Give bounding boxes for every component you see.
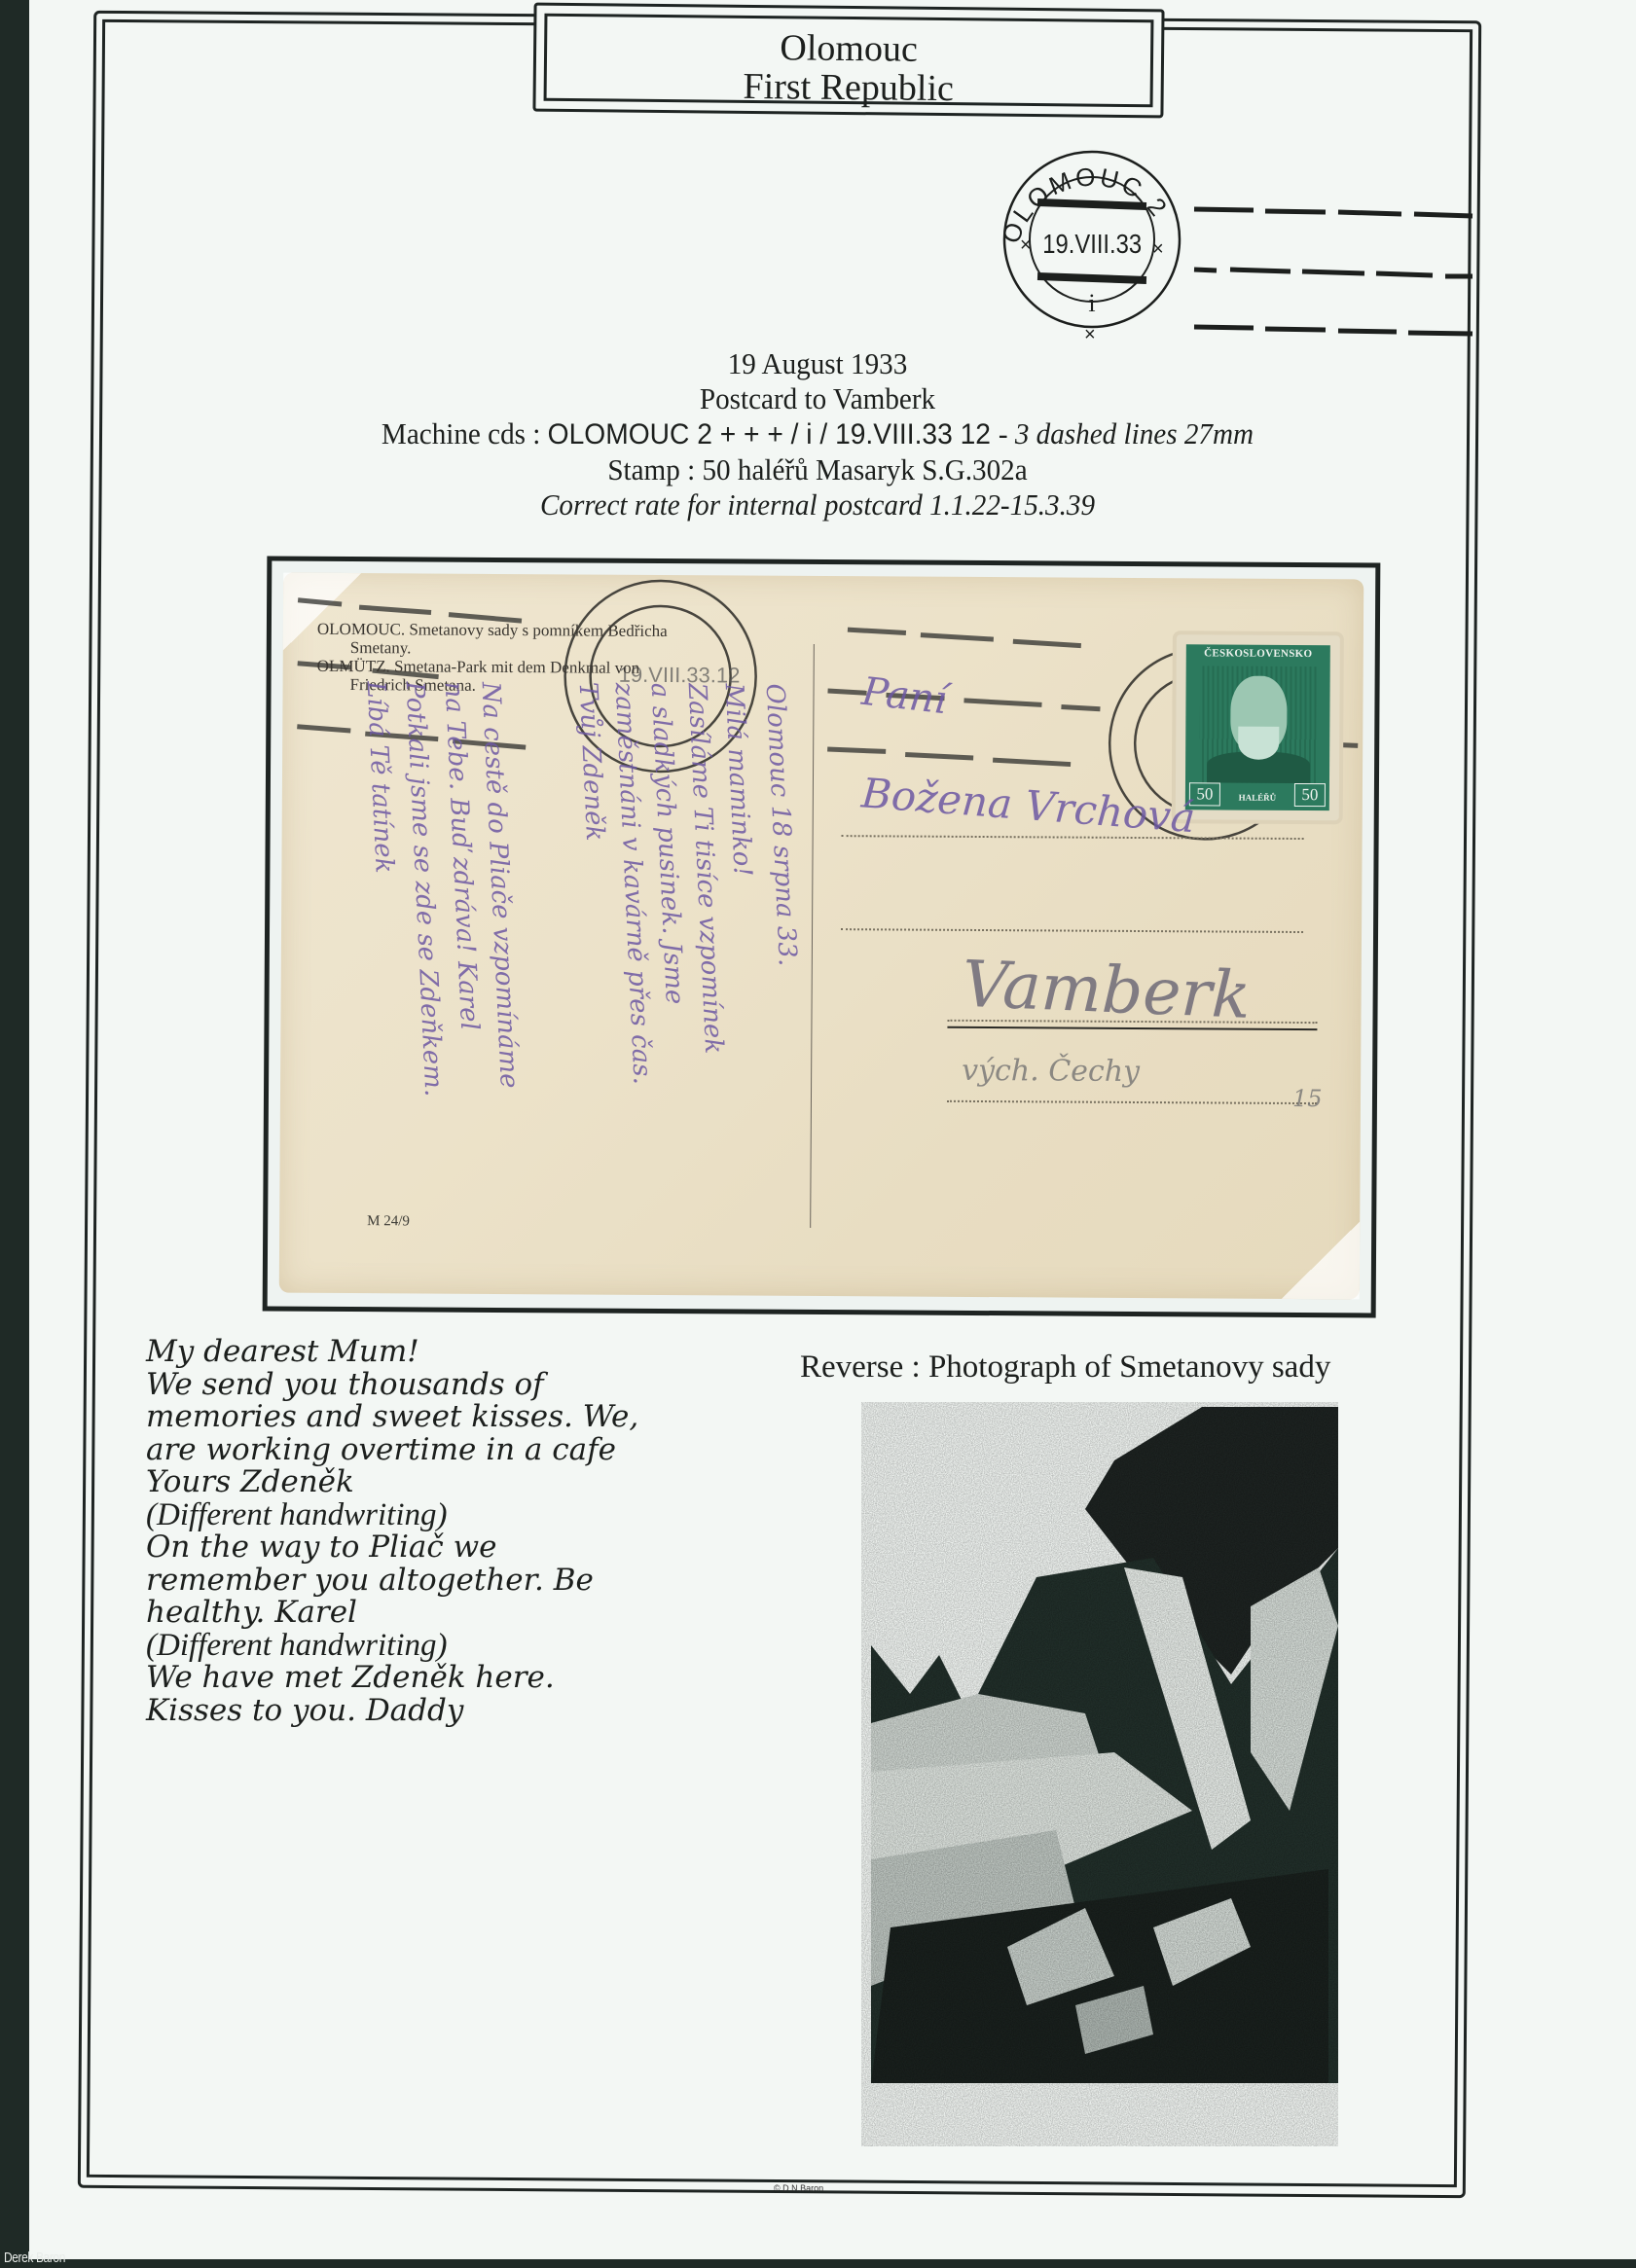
translation-note: (Different handwriting)	[146, 1499, 730, 1532]
pencil-note: 15	[1292, 1085, 1323, 1112]
postcard-mount: 19.VIII.33.12 OLOMOUC. Smetanovy sady s …	[263, 557, 1381, 1318]
masaryk-portrait-icon	[1199, 666, 1317, 783]
reverse-caption: Reverse : Photograph of Smetanovy sady	[800, 1350, 1330, 1386]
svg-text:19.VIII.33: 19.VIII.33	[1042, 228, 1142, 259]
watermark: Derek Baron	[4, 2250, 65, 2266]
postcard-address-side: 19.VIII.33.12 OLOMOUC. Smetanovy sady s …	[279, 573, 1363, 1300]
translation-line: remember you altogether. Be	[146, 1565, 730, 1598]
copyright: © D.N.Baron	[774, 2183, 823, 2193]
svg-text:×: ×	[1020, 234, 1032, 256]
translation-note: (Different handwriting)	[146, 1630, 730, 1663]
caption-german: OLMÜTZ. Smetana-Park mit dem Denkmal von	[317, 657, 640, 677]
printer-mark: M 24/9	[367, 1213, 410, 1230]
svg-text:×: ×	[1084, 324, 1096, 345]
rate-note: Correct rate for internal postcard 1.1.2…	[232, 487, 1402, 522]
title-box: Olomouc First Republic	[532, 3, 1164, 119]
stamp-currency: HALÉŘŮ	[1224, 793, 1291, 803]
postmark-illustration: OLOMOUC 2 19.VIII.33 i × × ×	[983, 146, 1586, 370]
stamp-value-right: 50	[1294, 783, 1326, 807]
translation-line: We send you thousands of	[146, 1369, 730, 1402]
page-subtitle: First Republic	[547, 65, 1150, 110]
title-box-inner: Olomouc First Republic	[544, 14, 1154, 108]
cds-note: - 3 dashed lines 27mm	[999, 416, 1254, 450]
translation-text: My dearest Mum!We send you thousands ofm…	[146, 1336, 730, 1727]
stamp-country: ČESKOSLOVENSKO	[1186, 647, 1330, 660]
cds-label: Machine cds :	[382, 416, 548, 450]
page-title: Olomouc	[547, 26, 1150, 71]
address-salutation: Paní	[859, 669, 949, 723]
translation-line: healthy. Karel	[146, 1597, 730, 1630]
cover-date: 19 August 1933	[232, 346, 1402, 381]
translation-line: Yours Zdeněk	[146, 1466, 730, 1499]
scan-edge-left	[0, 0, 29, 2268]
svg-text:×: ×	[1152, 238, 1164, 260]
translation-line: Kisses to you. Daddy	[146, 1695, 730, 1728]
address-region: vých. Čechy	[962, 1054, 1140, 1089]
svg-text:i: i	[1088, 289, 1095, 317]
stamp-design: ČESKOSLOVENSKO 50 HALÉŘŮ 50	[1185, 644, 1330, 810]
scan-edge-bottom	[0, 2259, 1636, 2268]
postage-stamp: ČESKOSLOVENSKO 50 HALÉŘŮ 50	[1176, 634, 1340, 820]
translation-line: We have met Zdeněk here.	[146, 1662, 730, 1695]
cover-route: Postcard to Vamberk	[232, 381, 1402, 416]
stamp-description: Stamp : 50 haléřů Masaryk S.G.302a	[232, 452, 1402, 487]
reverse-photograph	[861, 1402, 1338, 2146]
translation-line: are working overtime in a cafe	[146, 1434, 730, 1467]
caption-czech: OLOMOUC. Smetanovy sady s pomníkem Bedři…	[317, 620, 668, 640]
cds-value: OLOMOUC 2 + + + / i / 19.VIII.33 12	[548, 418, 999, 450]
translation-line: My dearest Mum!	[146, 1336, 730, 1369]
translation-line: memories and sweet kisses. We,	[146, 1401, 730, 1434]
description-block: 19 August 1933 Postcard to Vamberk Machi…	[195, 346, 1440, 522]
caption-czech-cont: Smetany.	[317, 638, 668, 659]
translation-line: On the way to Pliač we	[146, 1531, 730, 1565]
cds-line: Machine cds : OLOMOUC 2 + + + / i / 19.V…	[232, 416, 1402, 452]
